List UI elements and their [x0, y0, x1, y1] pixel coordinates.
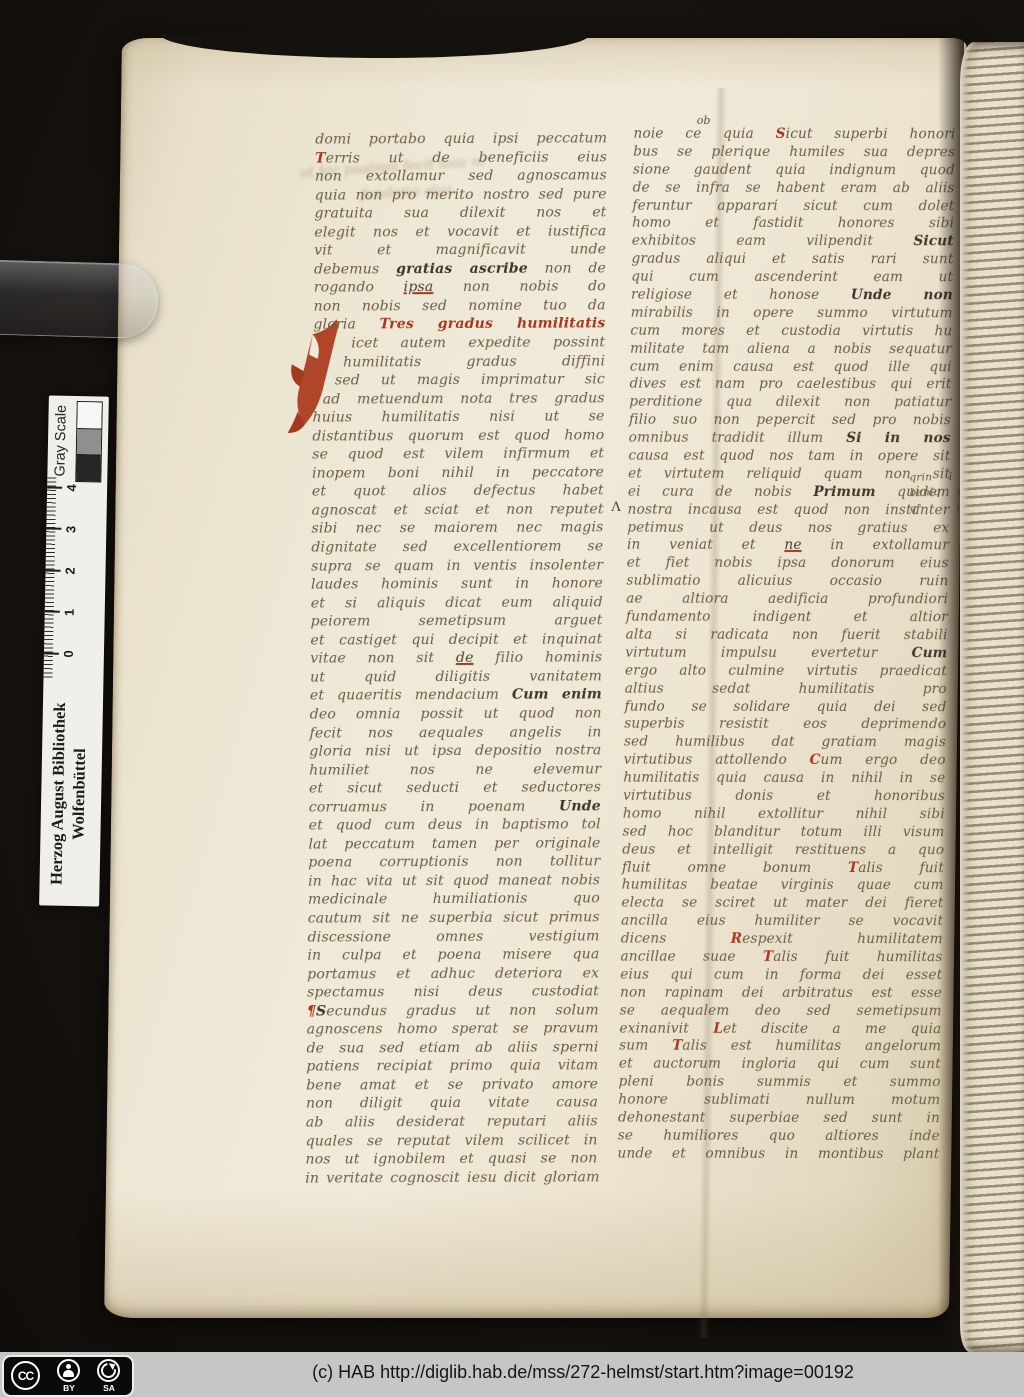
manuscript-line: huius humilitatis nisi ut se: [312, 408, 604, 428]
ruler-number: 2: [62, 560, 77, 582]
manuscript-line: se humiliores quo altiores inde: [618, 1128, 940, 1146]
manuscript-line: gloria nisi ut ipsa depositio nostra: [309, 741, 601, 761]
ruler-number: 1: [62, 601, 77, 623]
manuscript-line: militate tam aliena a nobis sequatur: [630, 340, 952, 358]
manuscript-line: alta si radicata non fuerit stabili: [625, 627, 947, 645]
manuscript-line: ad metuendum nota tres gradus: [313, 389, 605, 409]
manuscript-line: se quod est vilem infirmum et: [312, 445, 604, 465]
manuscript-line: discessione omnes vestigium: [308, 927, 600, 947]
page-holder-clip: [0, 260, 159, 340]
ruler-tick: [44, 652, 59, 654]
manuscript-line: non rapinam dei arbitratus est esse: [620, 984, 942, 1002]
manuscript-line: sed ut magis imprimatur sic: [313, 370, 605, 390]
manuscript-line: sibi nec se maiorem nec magis: [311, 519, 603, 539]
institution-line-2: Wolfenbüttel: [66, 686, 91, 902]
manuscript-line: et si aliquis dicat eum aliquid: [311, 593, 603, 613]
manuscript-line: non diligit quia vitate causa: [306, 1094, 598, 1114]
cc-by-icon: [57, 1359, 80, 1382]
ruler-tick: [46, 569, 61, 571]
manuscript-line: dehonestant superbiae sed sunt in: [618, 1110, 940, 1128]
cc-logo-icon: CC: [11, 1361, 40, 1390]
manuscript-line: virtutibus donis et honoribus: [623, 788, 945, 806]
manuscript-line: filio suo non pepercit sed pro nobis: [629, 412, 951, 430]
manuscript-line: fluit omne bonum Talis fuit: [622, 859, 944, 877]
institution-line-1: Herzog August Bibliothek: [45, 686, 70, 902]
manuscript-line: dignitate sed excellentiorem se: [311, 537, 603, 557]
manuscript-page: ut hic psalmis fecit looz nrfundatio eiu…: [104, 38, 967, 1318]
manuscript-line: distantibus quorum est quod homo: [312, 426, 604, 446]
manuscript-line: ancilla eius humiliter se vocavit: [621, 913, 943, 931]
manuscript-line: ei cura de nobis Primum quidem: [628, 484, 950, 502]
ruler-minor-ticks: [43, 475, 56, 677]
manuscript-line: sum Talis est humilitas angelorum: [619, 1038, 941, 1056]
manuscript-line: dicens Respexit humilitatem: [621, 931, 943, 949]
manuscript-line: nostra incausa est quod non instanter: [627, 501, 949, 519]
manuscript-line: superbis resistit eos deprimendo: [624, 716, 946, 734]
manuscript-line: in veritate cognoscit iesu dicit gloriam: [305, 1168, 597, 1188]
manuscript-line: domi portabo quia ipsi peccatum: [315, 129, 607, 149]
manuscript-line: agnoscat et sciat et non reputet: [312, 500, 604, 520]
cc-sa-icon: [97, 1359, 120, 1382]
gray-patch: [77, 428, 102, 455]
manuscript-line: noie ce quia Sicut superbi honori: [633, 126, 955, 144]
manuscript-line: corruamus in poenam Unde: [309, 797, 601, 817]
manuscript-line: humiliet nos ne elevemur: [309, 760, 601, 780]
manuscript-line: petimus ut deus nos gratius ex: [627, 519, 949, 537]
manuscript-line: homo et fastidit honores sibi: [632, 215, 954, 233]
manuscript-line: laudes hominis sunt in honore: [311, 574, 603, 594]
manuscript-line: causa est quod nos tam in opere sit: [628, 448, 950, 466]
manuscript-line: ancillae suae Talis fuit humilitas: [620, 949, 942, 967]
manuscript-line: deus et intelligit restituens a quo: [622, 841, 944, 859]
manuscript-line: humilitatis gradus diffini: [313, 352, 605, 372]
ruler-tick: [47, 486, 62, 488]
manuscript-line: mirabilis in opere summo virtutum: [631, 305, 953, 323]
institution-label: Herzog August Bibliothek Wolfenbüttel: [45, 686, 91, 903]
manuscript-line: non extollamur sed agnoscamus: [315, 166, 607, 186]
gray-scale-patches: [75, 401, 103, 482]
manuscript-line: se aequalem deo sed semetipsum: [620, 1002, 942, 1020]
interlinear-gloss: ob: [697, 114, 711, 127]
gray-scale-card-face: Herzog August Bibliothek Wolfenbüttel 01…: [39, 395, 109, 906]
manuscript-line: sublimatio alicuius occasio ruin: [626, 573, 948, 591]
ruler-number: 0: [61, 643, 76, 665]
manuscript-line: feruntur apparari sicut cum dolet: [632, 197, 954, 215]
manuscript-line: bene amat et se privato amore: [306, 1075, 598, 1095]
manuscript-line: fundo se solidare quia dei sed: [624, 698, 946, 716]
manuscript-line: inopem boni nihil in peccatore: [312, 463, 604, 483]
manuscript-line: lat peccatum tamen per originale: [308, 834, 600, 854]
manuscript-line: cum enim causa est quod ille qui: [630, 358, 952, 376]
manuscript-line: unde et omnibus in montibus plant: [617, 1145, 939, 1163]
manuscript-line: Terris ut de beneficiis eius: [315, 148, 607, 168]
manuscript-line: dives est nam pro caelestibus qui erit: [629, 376, 951, 394]
manuscript-line: rogando ipsa non nobis do: [314, 278, 606, 298]
manuscript-line: peiorem semetipsum arguet: [311, 612, 603, 632]
person-icon: [66, 1364, 71, 1369]
manuscript-line: fecit nos aequales angelis in: [309, 723, 601, 743]
manuscript-line: exhibitos eam vilipendit Sicut: [632, 233, 954, 251]
manuscript-line: gradus aliqui et satis rari sunt: [631, 251, 953, 269]
manuscript-line: vit et magnificavit unde: [314, 241, 606, 261]
manuscript-line: et castiget qui decipit et inquinat: [310, 630, 602, 650]
manuscript-line: virtutibus attollendo Cum ergo deo: [624, 752, 946, 770]
manuscript-line: quia non pro merito nostro sed pure: [315, 185, 607, 205]
manuscript-line: deo omnia possit ut quod non: [310, 704, 602, 724]
gray-patch: [76, 454, 101, 481]
manuscript-line: supra se quam in ventis insolenter: [311, 556, 603, 576]
manuscript-line: fundamento indigent et altior: [626, 609, 948, 627]
manuscript-line: et quot alios defectus habet: [312, 482, 604, 502]
book-fore-edge: [960, 42, 1024, 1352]
manuscript-line: quales se reputat vilem scilicet in: [306, 1131, 598, 1151]
manuscript-line: et quod cum deus in baptismo tol: [309, 816, 601, 836]
ruler-tick: [45, 611, 60, 613]
manuscript-line: altius sedat humilitatis pro: [625, 680, 947, 698]
manuscript-line: virtutum impulsu evertetur Cum: [625, 645, 947, 663]
ruler-tick: [46, 528, 61, 530]
manuscript-line: et sicut seducti et seductores: [309, 779, 601, 799]
manuscript-line: homo nihil extollitur nihil sibi: [623, 806, 945, 824]
manuscript-line: elegit nos et vocavit et iustifica: [314, 222, 606, 242]
manuscript-line: sed humilibus dat gratiam magis: [624, 734, 946, 752]
manuscript-line: humilitatis quia causa in nihil in se: [623, 770, 945, 788]
manuscript-line: ab aliis desiderat reputari aliis: [306, 1112, 598, 1132]
manuscript-line: de sua sed etiam ab aliis sperni: [306, 1038, 598, 1058]
manuscript-line: poena corruptionis non tollitur: [308, 853, 600, 873]
manuscript-line: sione gaudent quia indignum quod: [633, 162, 955, 180]
manuscript-line: gloria Tres gradus humilitatis: [313, 315, 605, 335]
ruler-number: 3: [63, 518, 78, 540]
manuscript-line: qui cum ascenderint eam ut: [631, 269, 953, 287]
manuscript-line: spectamus nisi deus custodiat: [307, 983, 599, 1003]
manuscript-line: ae altiora aedificia profundiori: [626, 591, 948, 609]
manuscript-line: exinanivit Let discite a me quia: [619, 1020, 941, 1038]
manuscript-line: et fiet nobis ipsa donorum eius: [627, 555, 949, 573]
gray-patch: [77, 402, 101, 428]
manuscript-line: et virtutem reliquid quam non sit: [628, 466, 950, 484]
digitized-manuscript-photo: ut hic psalmis fecit looz nrfundatio eiu…: [0, 0, 1024, 1397]
gray-scale-card: Herzog August Bibliothek Wolfenbüttel 01…: [39, 395, 109, 906]
manuscript-column-left: domi portabo quia ipsi peccatumTerris ut…: [305, 129, 607, 1187]
cc-sa-label: SA: [97, 1383, 121, 1393]
manuscript-line: icet autem expedite possint: [313, 333, 605, 353]
copyright-caption: (c) HAB http://diglib.hab.de/mss/272-hel…: [150, 1362, 1016, 1383]
manuscript-line: debemus gratias ascribe non de: [314, 259, 606, 279]
manuscript-line: electa se sciret ut mater dei fieret: [621, 895, 943, 913]
cc-license-badge[interactable]: CC BY SA: [2, 1355, 134, 1397]
manuscript-line: portamus et adhuc deteriora ex: [307, 964, 599, 984]
cc-logo-text: CC: [18, 1369, 33, 1383]
manuscript-line: et quaeritis mendacium Cum enim: [310, 686, 602, 706]
manuscript-line: patiens recipiat primo quia vitam: [306, 1057, 598, 1077]
manuscript-line: omnibus tradidit illum Si in nos: [629, 430, 951, 448]
manuscript-line: cum mores et custodia virtutis hu: [630, 323, 952, 341]
manuscript-line: nos ut ignobilem et quasi se non: [305, 1149, 597, 1169]
manuscript-line: gratuita sua dilexit nos et: [314, 204, 606, 224]
manuscript-line: in culpa et poena misere qua: [307, 945, 599, 965]
manuscript-line: ¶Secundus gradus ut non solum: [307, 1001, 599, 1021]
manuscript-line: pleni bonis summis et summo: [618, 1074, 940, 1092]
manuscript-column-right: noie ce quia Sicut superbi honoribus se …: [617, 126, 955, 1164]
manuscript-line: humilitas beatae virginis quae cum: [622, 877, 944, 895]
manuscript-line: in hac vita ut sit quod maneat nobis: [308, 871, 600, 891]
manuscript-line: medicinale humiliationis quo: [308, 890, 600, 910]
manuscript-line: non nobis sed nomine tuo da: [314, 296, 606, 316]
manuscript-line: de se infra se habent eram ab aliis: [632, 179, 954, 197]
manuscript-line: perditione qua dilexit non patiatur: [629, 394, 951, 412]
gray-scale-title: Gray Scale: [52, 400, 70, 482]
manuscript-line: religiose et honose Unde non: [631, 287, 953, 305]
manuscript-line: vitae non sit de filio hominis: [310, 649, 602, 669]
margin-caret-mark: Λ: [611, 500, 621, 515]
manuscript-line: ergo alto culmine virtutis praedicat: [625, 662, 947, 680]
manuscript-line: sed hoc blanditur totum illi visum: [622, 823, 944, 841]
manuscript-line: agnoscens homo sperat se pravum: [307, 1020, 599, 1040]
manuscript-line: cautum sit ne superbia sicut primus: [308, 908, 600, 928]
person-icon-body: [63, 1370, 74, 1378]
manuscript-line: honore sublimati nullum motum: [618, 1092, 940, 1110]
manuscript-line: ut quid diligitis vanitatem: [310, 667, 602, 687]
manuscript-line: bus se plerique humiles sua depres: [633, 144, 955, 162]
manuscript-line: in veniat et ne in extollamur: [627, 537, 949, 555]
manuscript-line: eius qui cum in forma dei esset: [620, 967, 942, 985]
manuscript-line: et auctorum ingloria qui cum sunt: [619, 1056, 941, 1074]
cc-by-label: BY: [57, 1383, 81, 1393]
caption-bar: (c) HAB http://diglib.hab.de/mss/272-hel…: [0, 1352, 1024, 1397]
